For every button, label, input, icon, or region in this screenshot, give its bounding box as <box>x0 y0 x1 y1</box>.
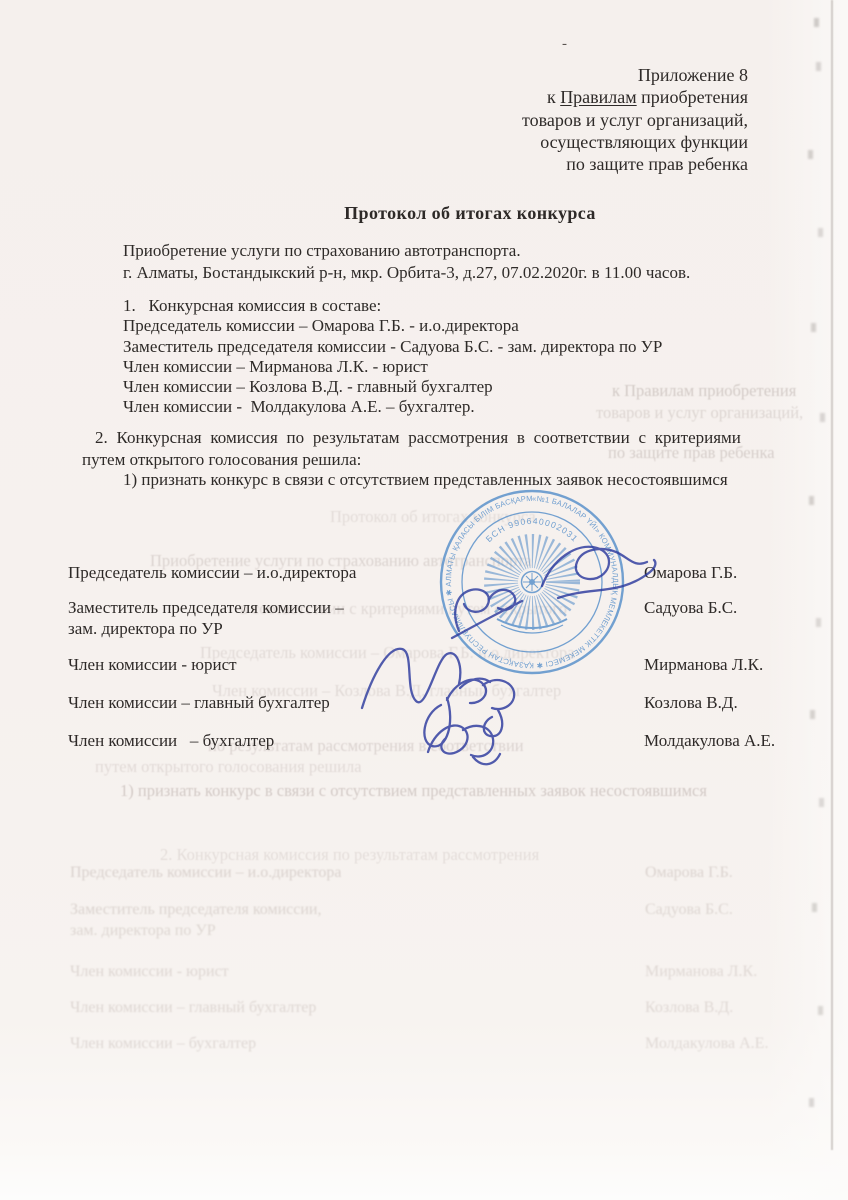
resolution-decision: 1) признать конкурс в связи с отсутствие… <box>123 470 728 490</box>
page-title: Протокол об итогах конкурса <box>120 203 820 224</box>
ghost-signature-name: Козлова В.Д. <box>645 999 733 1017</box>
signature-label-line: Заместитель председателя комиссии – <box>68 598 344 619</box>
commission-member: Член комиссии – Козлова В.Д. - главный б… <box>123 377 662 397</box>
scanned-document-page: - Приложение 8 к Правилам приобретения т… <box>0 0 848 1200</box>
ghost-signature-label: Член комиссии – главный бухгалтер <box>70 999 316 1017</box>
official-round-stamp-icon: «№1 БАЛАЛАР ҮЙІ» КОММУНАЛДЫҚ МЕМЛЕКЕТТІК… <box>437 487 627 677</box>
ghost-signature-label: Председатель комиссии – и.о.директора <box>70 864 341 882</box>
ghost-text: по защите прав ребенка <box>608 443 775 463</box>
header-line-3: товаров и услуг организаций, <box>522 109 748 131</box>
resolution-line-2: путем открытого голосования решила: <box>82 450 361 470</box>
rules-reference-line: к Правилам приобретения <box>522 86 748 108</box>
scan-speckles <box>814 18 819 27</box>
commission-heading: 1. Конкурсная комиссия в составе: <box>123 296 662 316</box>
signature-row-name: Молдакулова А.Е. <box>644 731 775 751</box>
scan-dash-mark: - <box>562 36 567 53</box>
appendix-header: Приложение 8 к Правилам приобретения тов… <box>522 64 748 175</box>
ghost-text: 1) признать конкурс в связи с отсутствие… <box>120 781 707 801</box>
signature-row-name: Козлова В.Д. <box>644 693 738 713</box>
scan-edge-line <box>831 0 833 1150</box>
signature-label-line: зам. директора по УР <box>68 619 344 640</box>
signature-row-name: Садуова Б.С. <box>644 598 737 618</box>
ghost-text: путем открытого голосования решила <box>95 757 362 777</box>
commission-member: Член комиссии - Молдакулова А.Е. – бухга… <box>123 397 662 417</box>
signature-row-label: Председатель комиссии – и.о.директора <box>68 563 356 584</box>
signature-row-name: Омарова Г.Б. <box>644 563 737 583</box>
procurement-subject: Приобретение услуги по страхованию автот… <box>123 240 690 262</box>
rules-link-text: Правилам <box>560 87 636 107</box>
signature-row-name: Мирманова Л.К. <box>644 655 763 675</box>
header-line-4: осуществляющих функции <box>522 131 748 153</box>
ghost-signature-label: Заместитель председателя комиссии, <box>70 901 322 919</box>
ghost-signature-label: зам. директора по УР <box>70 922 216 940</box>
ghost-signature-label: Член комиссии – бухгалтер <box>70 1035 256 1053</box>
signature-row-label: Член комиссии – бухгалтер <box>68 731 274 752</box>
ghost-signature-name: Молдакулова А.Е. <box>645 1035 768 1053</box>
signature-row-label: Член комиссии - юрист <box>68 655 237 676</box>
ghost-signature-name: Омарова Г.Б. <box>645 864 733 882</box>
header-line-5: по защите прав ребенка <box>522 153 748 175</box>
ghost-signature-name: Мирманова Л.К. <box>645 963 757 981</box>
ghost-text: к Правилам приобретения <box>612 381 796 401</box>
ghost-signature-name: Садуова Б.С. <box>645 901 733 919</box>
appendix-number-line: Приложение 8 <box>522 64 748 86</box>
ghost-text: 2. Конкурсная комиссия по результатам ра… <box>160 845 539 865</box>
procurement-place-date: г. Алматы, Бостандыкский р-н, мкр. Орбит… <box>123 262 690 284</box>
scan-light-band <box>766 0 848 1200</box>
commission-member: Заместитель председателя комиссии - Саду… <box>123 337 662 357</box>
signature-row-label: Заместитель председателя комиссии – зам.… <box>68 598 344 639</box>
commission-member: Председатель комиссии – Омарова Г.Б. - и… <box>123 316 662 336</box>
ghost-signature-label: Член комиссии - юрист <box>70 963 229 981</box>
commission-list: 1. Конкурсная комиссия в составе: Предсе… <box>123 296 662 418</box>
commission-member: Член комиссии – Мирманова Л.К. - юрист <box>123 357 662 377</box>
signature-row-label: Член комиссии – главный бухгалтер <box>68 693 330 714</box>
intro-paragraph: Приобретение услуги по страхованию автот… <box>123 240 690 283</box>
ghost-text: товаров и услуг организаций, <box>596 403 803 423</box>
